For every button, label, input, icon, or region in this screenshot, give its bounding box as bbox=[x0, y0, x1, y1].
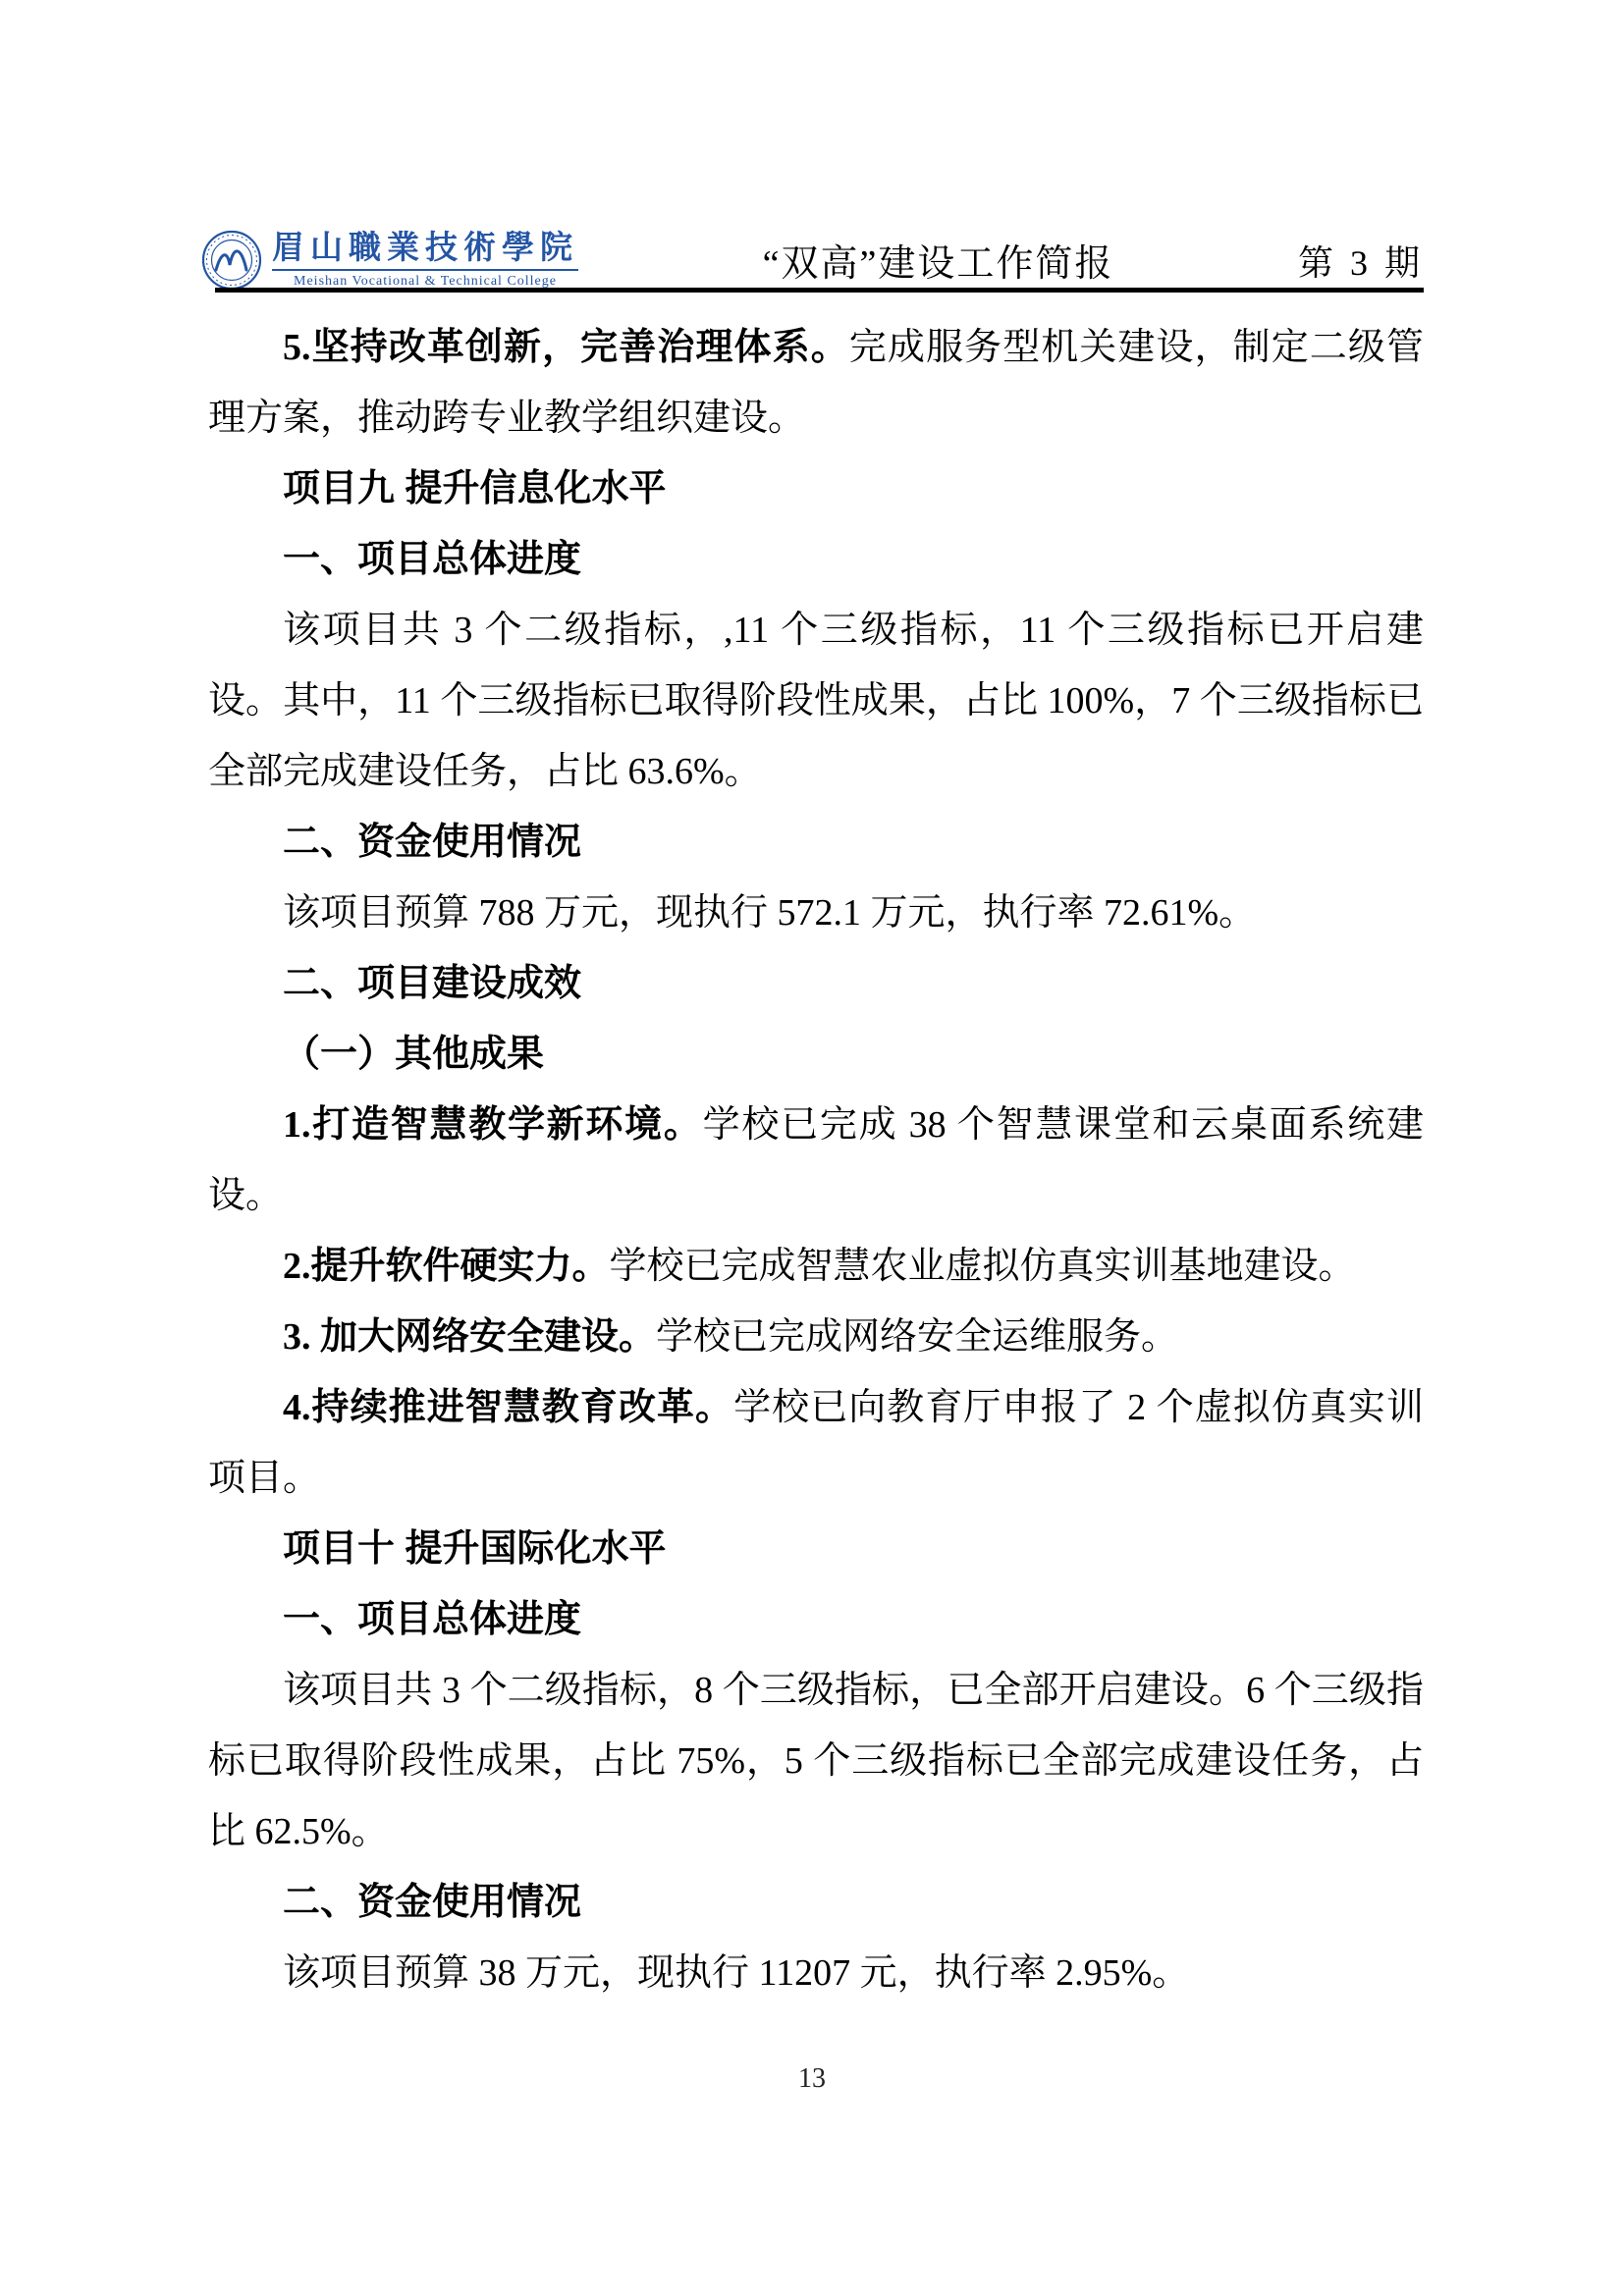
header-rule bbox=[215, 288, 1424, 293]
paragraph-lead: 1.打造智慧教学新环境。 bbox=[283, 1104, 703, 1146]
section-heading: 二、资金使用情况 bbox=[208, 807, 1424, 878]
body-paragraph: 该项目预算 38 万元，现执行 11207 元，执行率 2.95%。 bbox=[208, 1938, 1424, 2008]
school-seal-icon bbox=[201, 230, 262, 291]
paragraph-text: 项目九 提升信息化水平 bbox=[283, 468, 667, 509]
paragraph-lead: 3. 加大网络安全建设。 bbox=[283, 1316, 656, 1358]
project-heading: 项目九 提升信息化水平 bbox=[208, 454, 1424, 524]
paragraph-text: 该项目共 3 个二级指标，,11 个三级指标，11 个三级指标已开启建设。其中，… bbox=[208, 610, 1424, 792]
paragraph-text: 学校已完成网络安全运维服务。 bbox=[656, 1316, 1178, 1358]
section-heading: 一、项目总体进度 bbox=[208, 1584, 1424, 1655]
logo-divider bbox=[272, 269, 578, 271]
paragraph-text: 该项目预算 38 万元，现执行 11207 元，执行率 2.95%。 bbox=[283, 1952, 1189, 1994]
section-heading: 二、资金使用情况 bbox=[208, 1867, 1424, 1938]
body-paragraph: 3. 加大网络安全建设。学校已完成网络安全运维服务。 bbox=[208, 1302, 1424, 1372]
paragraph-text: 该项目共 3 个二级指标，8 个三级指标，已全部开启建设。6 个三级指标已取得阶… bbox=[208, 1670, 1424, 1852]
paragraph-text: 项目十 提升国际化水平 bbox=[283, 1528, 667, 1570]
document-body: 5.坚持改革创新，完善治理体系。完成服务型机关建设，制定二级管理方案，推动跨专业… bbox=[208, 312, 1424, 2008]
school-logo: 眉山職業技術學院 Meishan Vocational & Technical … bbox=[201, 230, 578, 291]
paragraph-lead: 5.坚持改革创新，完善治理体系。 bbox=[283, 327, 849, 368]
sub-heading: （一）其他成果 bbox=[208, 1019, 1424, 1090]
paragraph-text: 该项目预算 788 万元，现执行 572.1 万元，执行率 72.61%。 bbox=[283, 892, 1256, 934]
project-heading: 项目十 提升国际化水平 bbox=[208, 1514, 1424, 1584]
paragraph-text: 二、资金使用情况 bbox=[283, 822, 581, 863]
section-heading: 一、项目总体进度 bbox=[208, 524, 1424, 595]
bulletin-title: “双高”建设工作简报 bbox=[763, 233, 1114, 291]
school-name-block: 眉山職業技術學院 Meishan Vocational & Technical … bbox=[272, 231, 578, 291]
paragraph-text: 二、项目建设成效 bbox=[283, 963, 581, 1004]
paragraph-text: （一）其他成果 bbox=[283, 1034, 544, 1075]
body-paragraph: 1.打造智慧教学新环境。学校已完成 38 个智慧课堂和云桌面系统建设。 bbox=[208, 1090, 1424, 1231]
paragraph-text: 一、项目总体进度 bbox=[283, 1599, 581, 1640]
school-name-cn: 眉山職業技術學院 bbox=[272, 231, 578, 266]
body-paragraph: 该项目预算 788 万元，现执行 572.1 万元，执行率 72.61%。 bbox=[208, 878, 1424, 948]
paragraph-text: 二、资金使用情况 bbox=[283, 1882, 581, 1923]
section-heading: 二、项目建设成效 bbox=[208, 948, 1424, 1019]
body-paragraph: 该项目共 3 个二级指标，,11 个三级指标，11 个三级指标已开启建设。其中，… bbox=[208, 595, 1424, 807]
body-paragraph: 2.提升软件硬实力。学校已完成智慧农业虚拟仿真实训基地建设。 bbox=[208, 1231, 1424, 1302]
body-paragraph: 该项目共 3 个二级指标，8 个三级指标，已全部开启建设。6 个三级指标已取得阶… bbox=[208, 1655, 1424, 1867]
body-paragraph: 5.坚持改革创新，完善治理体系。完成服务型机关建设，制定二级管理方案，推动跨专业… bbox=[208, 312, 1424, 454]
document-page: 眉山職業技術學院 Meishan Vocational & Technical … bbox=[0, 0, 1624, 2296]
issue-number: 第 3 期 bbox=[1298, 236, 1424, 291]
paragraph-text: 一、项目总体进度 bbox=[283, 539, 581, 580]
paragraph-lead: 4.持续推进智慧教育改革。 bbox=[283, 1387, 733, 1428]
body-paragraph: 4.持续推进智慧教育改革。学校已向教育厅申报了 2 个虚拟仿真实训项目。 bbox=[208, 1372, 1424, 1514]
paragraph-lead: 2.提升软件硬实力。 bbox=[283, 1246, 610, 1287]
page-header: 眉山職業技術學院 Meishan Vocational & Technical … bbox=[201, 224, 1424, 291]
page-number: 13 bbox=[0, 2063, 1624, 2095]
paragraph-text: 学校已完成智慧农业虚拟仿真实训基地建设。 bbox=[610, 1246, 1356, 1287]
